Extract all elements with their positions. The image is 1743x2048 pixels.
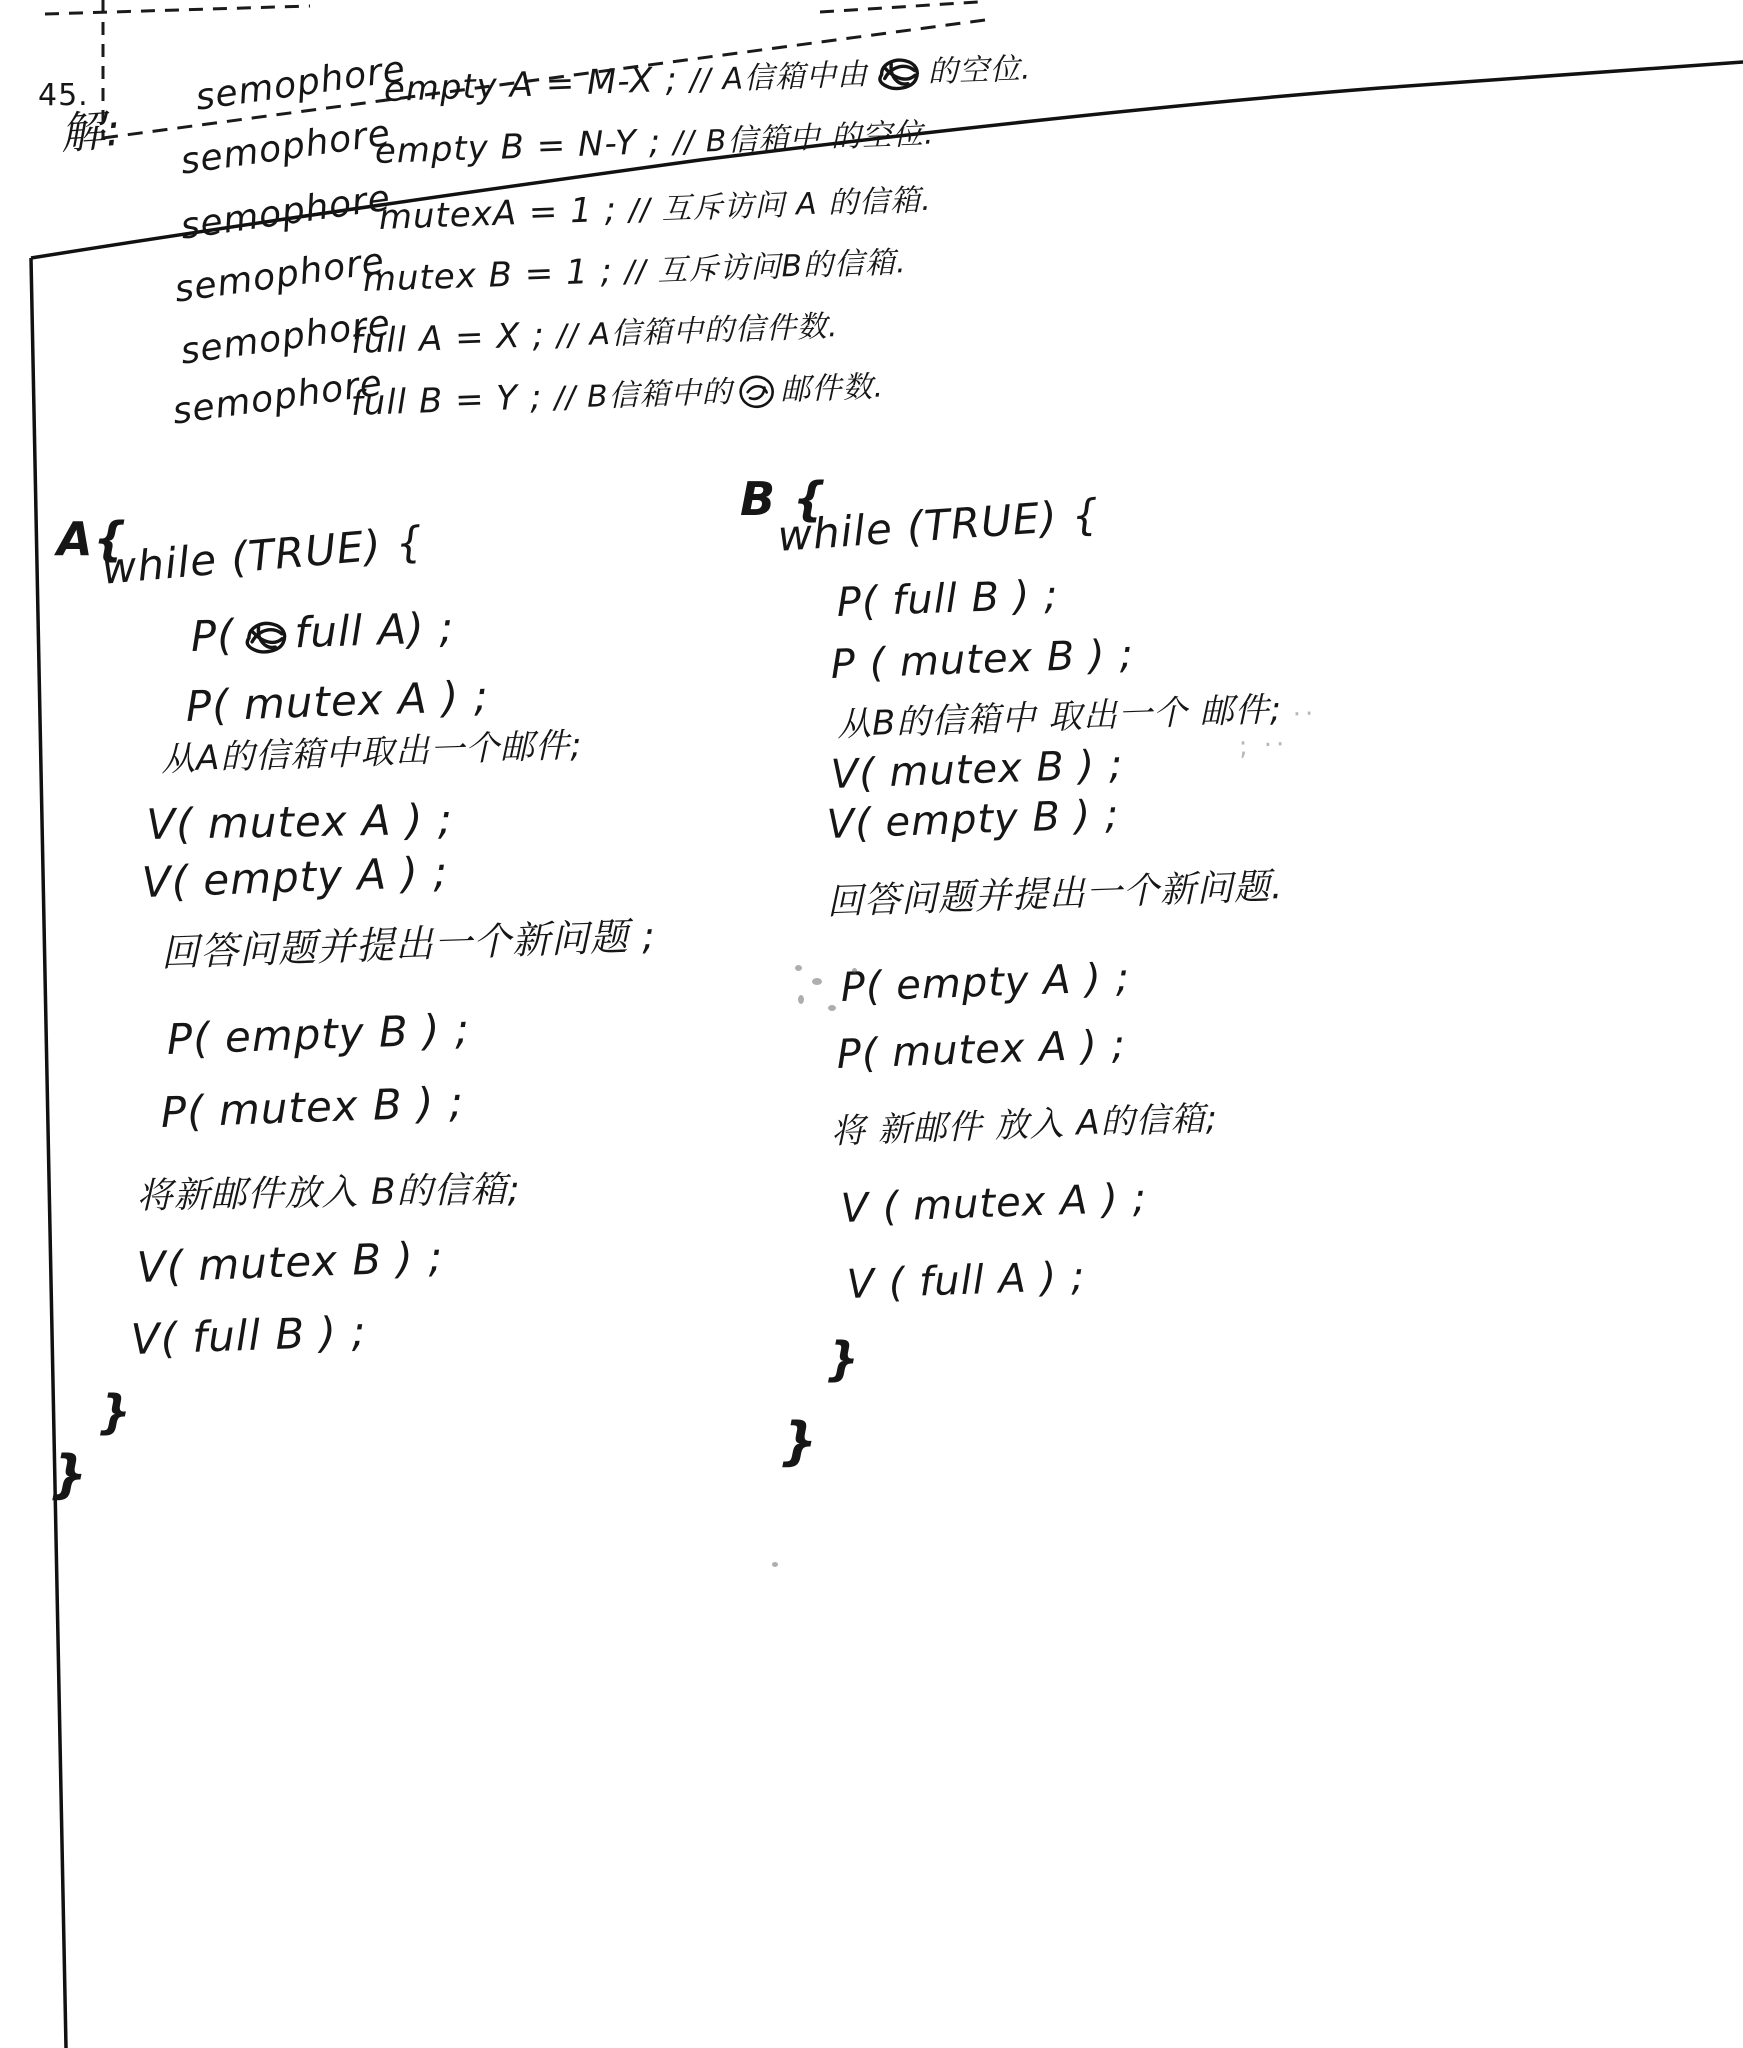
semaphore-keyword: semophore [178, 178, 393, 248]
declaration-comment: // B信箱中的 [554, 375, 733, 416]
declaration-code-line: empty B = N-Y ; // B信箱中 的空位. [374, 108, 935, 172]
declaration-comment: 的空位. [927, 51, 1032, 90]
faint-smudge-a: ; ·· [1238, 729, 1289, 762]
declaration-code-line: empty A = M-X ; // A信箱中由的空位. [383, 43, 1032, 111]
closing-brace-outer: } [50, 1445, 88, 1505]
code-line: P( mutex A ) ; [836, 1022, 1127, 1078]
code-line: V ( full A ) ; [846, 1254, 1086, 1308]
chinese-comment-line: 回答问题并提出一个新问题. [826, 858, 1284, 925]
closing-brace-inner: } [98, 1385, 132, 1439]
declaration-code-line: mutexA = 1 ; // 互斥访问 A 的信箱. [378, 175, 932, 238]
declaration-comment: // A信箱中由 [689, 57, 868, 98]
declaration-code: full A = X ; [350, 315, 557, 362]
declaration-code: empty B = N-Y ; [374, 122, 674, 172]
chinese-comment-line: 回答问题并提出一个新问题 ; [160, 905, 657, 977]
noise-speck [852, 968, 857, 973]
noise-speck [812, 978, 822, 985]
code-line: P( empty B ) ; [166, 1004, 471, 1064]
code-line: V( mutex B ) ; [830, 742, 1124, 798]
semaphore-keyword: semophore [193, 49, 408, 119]
code-line: V( empty B ) ; [826, 792, 1120, 848]
declaration-code: mutex B = 1 ; [362, 251, 625, 300]
code-text: full A) ; [294, 603, 455, 658]
declaration-comment: // 互斥访问B的信箱. [624, 245, 907, 290]
dashed-line-top-left [45, 6, 310, 14]
code-line: V( empty A ) ; [141, 847, 449, 907]
declaration-comment: // A信箱中的信件数. [556, 309, 839, 354]
declaration-comment: 邮件数. [780, 369, 885, 408]
code-text: P( [190, 610, 235, 660]
code-line: V( mutex A ) ; [146, 795, 453, 849]
closing-brace-outer: } [780, 1412, 818, 1472]
semaphore-keyword: semophore [178, 113, 393, 183]
scribble-blob [238, 616, 291, 658]
scanned-page: 45. 解: semophoreempty A = M-X ; // A信箱中由… [0, 0, 1743, 2048]
closing-brace-inner: } [826, 1332, 860, 1386]
dashed-line-top-right [820, 2, 978, 12]
chinese-comment-line: 将 新邮件 放入 A的信箱; [830, 1090, 1219, 1152]
declaration-code-line: mutex B = 1 ; // 互斥访问B的信箱. [362, 237, 907, 300]
answer-label: 解: [58, 94, 123, 162]
code-line: P ( mutex B ) ; [830, 631, 1135, 688]
noise-speck [795, 965, 802, 971]
scribble-circled-char [736, 372, 777, 411]
code-line: V( mutex B ) ; [136, 1232, 444, 1292]
chinese-comment-line: 从B的信箱中 取出一个 邮件; [836, 681, 1283, 746]
noise-speck [798, 995, 804, 1004]
code-line: P( mutex B ) ; [160, 1077, 465, 1137]
noise-speck [828, 1005, 836, 1011]
code-line: V ( mutex A ) ; [840, 1175, 1148, 1232]
code-line: P(full A) ; [190, 603, 455, 661]
code-line: P( empty A ) ; [840, 955, 1131, 1011]
declaration-code-line: full A = X ; // A信箱中的信件数. [350, 301, 839, 362]
noise-speck [772, 1562, 778, 1567]
declaration-code-line: full B = Y ; // B信箱中的邮件数. [350, 361, 885, 424]
code-line: V( full B ) ; [130, 1307, 367, 1364]
declaration-code: mutexA = 1 ; [378, 189, 629, 238]
declaration-comment: // 互斥访问 A 的信箱. [628, 183, 932, 229]
scribble-blob [871, 53, 924, 95]
declaration-code: empty A = M-X ; [383, 59, 690, 110]
while-loop-line: while (TRUE) { [100, 517, 426, 594]
semaphore-keyword: semophore [172, 241, 387, 311]
code-line: P( full B ) ; [836, 572, 1059, 626]
chinese-comment-line: 将新邮件放入 B的信箱; [136, 1161, 521, 1219]
faint-smudge-b: ·· [1292, 699, 1318, 730]
declaration-code: full B = Y ; [350, 377, 555, 424]
declaration-comment: // B信箱中 的空位. [672, 116, 934, 160]
